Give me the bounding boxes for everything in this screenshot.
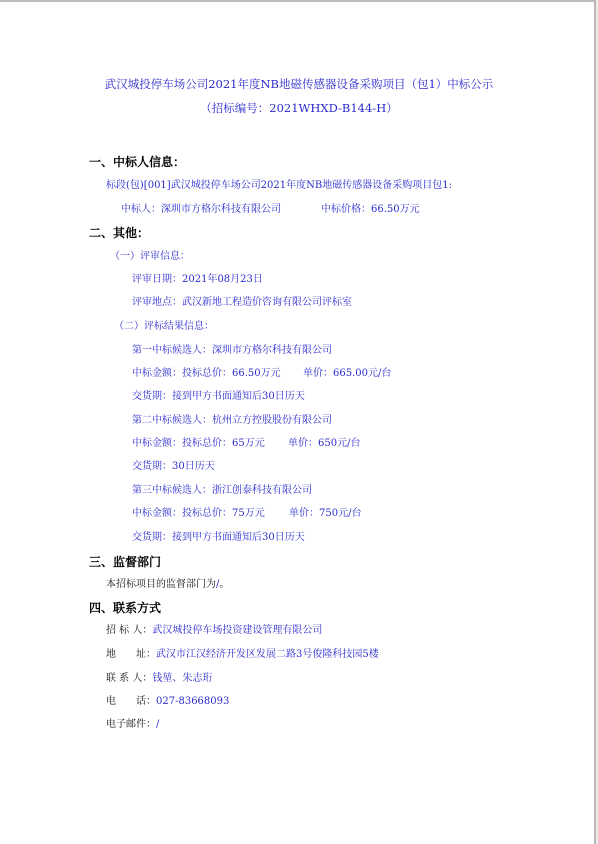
contact-address: 地 址：武汉市江汉经济开发区发展二路3号俊隆科技园5楼 [106, 648, 379, 662]
section4-heading: 四、联系方式 [89, 601, 161, 615]
page-top-border [0, 0, 598, 2]
contact-person-value: 钱堃、朱志珩 [152, 673, 212, 684]
candidate-1-delivery: 交货期：接到甲方书面通知后30日历天 [132, 390, 305, 404]
contact-phone-label: 电 话： [106, 696, 156, 707]
contact-person: 联 系 人：钱堃、朱志珩 [106, 672, 212, 686]
review-location: 评审地点：武汉新地工程造价咨询有限公司评标室 [132, 296, 352, 310]
section3-heading: 三、监督部门 [89, 555, 161, 569]
candidate-2-unit-price: 单价：650元/台 [288, 437, 360, 451]
contact-email: 电子邮件：/ [106, 718, 159, 732]
contact-phone-value: 027-83668093 [156, 696, 229, 707]
supervision-text-prefix: 本招标项目的监督部门为 [106, 579, 216, 590]
candidate-3-delivery: 交货期：接到甲方书面通知后30日历天 [132, 531, 305, 545]
contact-tenderer-label: 招 标 人： [106, 625, 152, 636]
candidate-2-delivery: 交货期：30日历天 [132, 460, 215, 474]
contact-email-label: 电子邮件： [106, 719, 156, 730]
candidate-1-unit-price: 单价：665.00元/台 [303, 367, 391, 381]
contact-tenderer: 招 标 人：武汉城投停车场投资建设管理有限公司 [106, 624, 322, 638]
candidate-3-unit-price: 单价：750元/台 [289, 507, 361, 521]
section1-heading: 一、中标人信息： [89, 155, 185, 169]
candidate-1-amount: 中标金额：投标总价：66.50万元 [132, 367, 281, 381]
winner-label: 中标人：深圳市方格尔科技有限公司 [121, 203, 281, 217]
candidate-2-amount: 中标金额：投标总价：65万元 [132, 437, 265, 451]
review-date: 评审日期：2021年08月23日 [132, 273, 263, 287]
contact-address-label: 地 址： [106, 649, 156, 660]
package-line: 标段(包)[001]武汉城投停车场公司2021年度NB地磁传感器设备采购项目包1… [106, 179, 452, 193]
section2-heading: 二、其他： [89, 226, 149, 240]
candidate-3-amount: 中标金额：投标总价：75万元 [132, 507, 265, 521]
document-subtitle: （招标编号：2021WHXD-B144-H） [0, 101, 598, 115]
candidate-3-name: 第三中标候选人：浙江创泰科技有限公司 [132, 484, 312, 498]
contact-tenderer-value: 武汉城投停车场投资建设管理有限公司 [152, 625, 322, 636]
supervision-text-suffix: 。 [219, 579, 229, 590]
contact-phone: 电 话：027-83668093 [106, 695, 229, 709]
supervision-text: 本招标项目的监督部门为/。 [106, 578, 229, 592]
result-info-heading: （二）评标结果信息： [114, 320, 214, 334]
page-right-border [594, 0, 596, 844]
review-info-heading: （一）评审信息： [110, 250, 190, 264]
contact-person-label: 联 系 人： [106, 673, 152, 684]
document-title: 武汉城投停车场公司2021年度NB地磁传感器设备采购项目（包1）中标公示 [0, 77, 598, 91]
contact-address-value: 武汉市江汉经济开发区发展二路3号俊隆科技园5楼 [156, 649, 379, 660]
winning-price: 中标价格：66.50万元 [321, 203, 420, 217]
contact-email-value: / [156, 719, 159, 730]
candidate-1-name: 第一中标候选人：深圳市方格尔科技有限公司 [132, 344, 332, 358]
candidate-2-name: 第二中标候选人：杭州立方控股股份有限公司 [132, 414, 332, 428]
